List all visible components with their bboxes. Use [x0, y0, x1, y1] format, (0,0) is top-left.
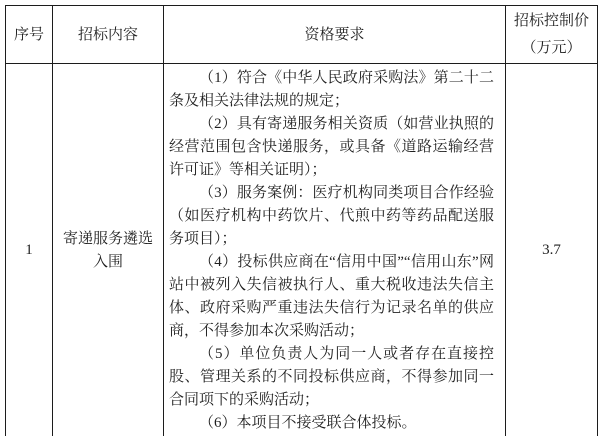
header-price-label-line2: （万元）	[506, 35, 597, 62]
requirement-item-4: （4）投标供应商在“信用中国”“信用山东”网站中被列入失信被执行人、重大税收违法…	[169, 251, 494, 343]
header-cell-bid-control-price: 招标控制价 （万元）	[506, 6, 598, 64]
cell-qualification-requirements: （1）符合《中华人民政府采购法》第二十二条及相关法律法规的规定； （2）具有寄递…	[164, 64, 506, 436]
cell-serial-number: 1	[6, 64, 53, 436]
requirement-item-5: （5）单位负责人为同一人或者存在直接控股、管理关系的不同投标供应商，不得参加同一…	[169, 343, 494, 412]
header-price-label-line1: 招标控制价	[506, 8, 597, 35]
table-row: 1 寄递服务遴选入围 （1）符合《中华人民政府采购法》第二十二条及相关法律法规的…	[6, 64, 598, 436]
table-header-row: 序号 招标内容 资格要求 招标控制价 （万元）	[6, 6, 598, 64]
cell-bid-control-price: 3.7	[506, 64, 598, 436]
header-cell-bid-content: 招标内容	[53, 6, 164, 64]
header-cell-qualification-requirements: 资格要求	[164, 6, 506, 64]
procurement-table: 序号 招标内容 资格要求 招标控制价 （万元） 1 寄递服务遴选入围 （1）符合…	[5, 5, 598, 436]
header-cell-serial-number: 序号	[6, 6, 53, 64]
requirement-item-2: （2）具有寄递服务相关资质（如营业执照的经营范围包含快递服务，或具备《道路运输经…	[169, 113, 494, 182]
cell-bid-content: 寄递服务遴选入围	[53, 64, 164, 436]
requirement-item-3: （3）服务案例：医疗机构同类项目合作经验（如医疗机构中药饮片、代煎中药等药品配送…	[169, 182, 494, 251]
requirement-item-1: （1）符合《中华人民政府采购法》第二十二条及相关法律法规的规定；	[169, 67, 494, 113]
requirement-item-6: （6）本项目不接受联合体投标。	[169, 412, 494, 435]
